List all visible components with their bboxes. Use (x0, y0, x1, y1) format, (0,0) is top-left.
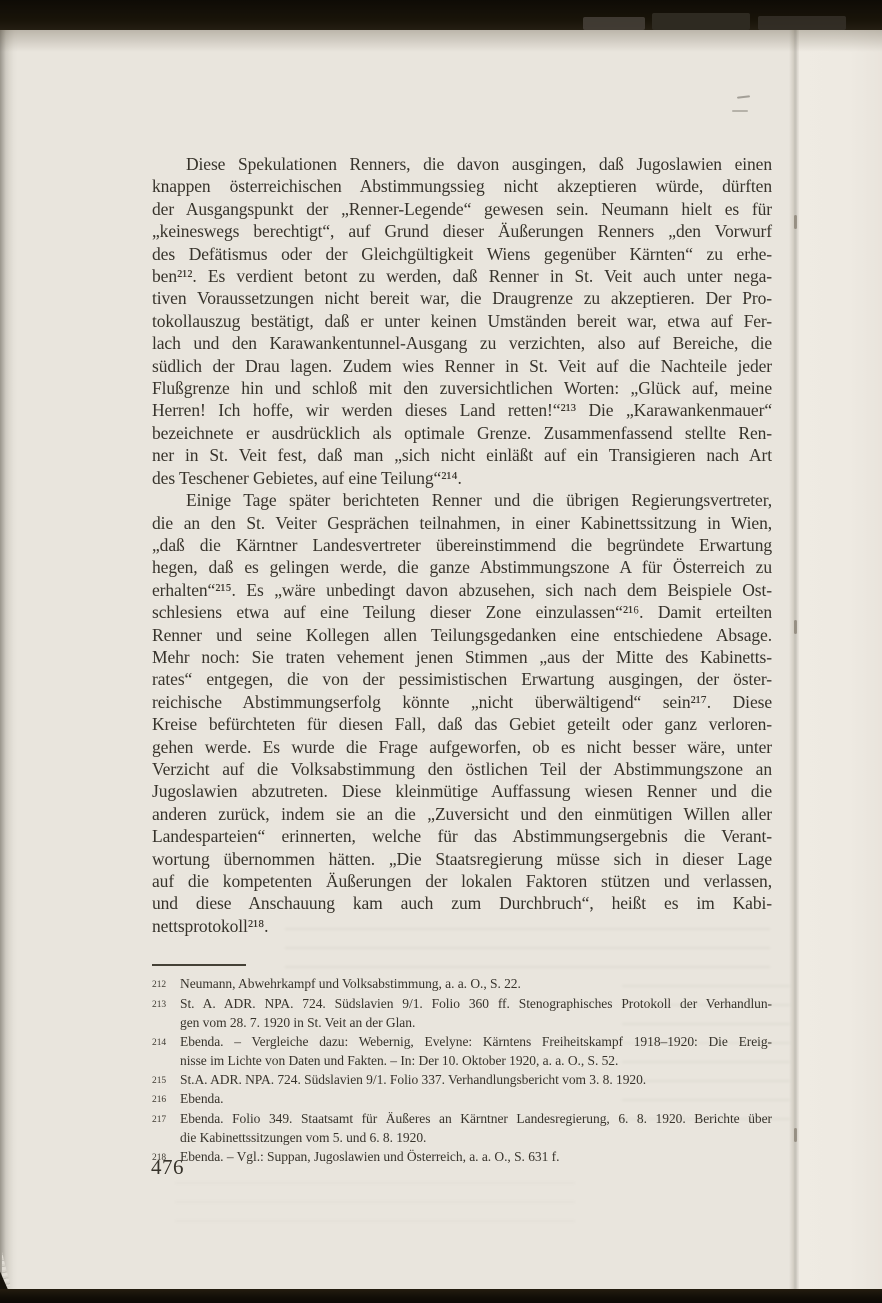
binding-stitch-mark (794, 215, 797, 229)
body-line: Einige Tage später berichteten Renner un… (152, 489, 772, 511)
body-line: des Defätismus oder der Gleichgültigkeit… (152, 243, 772, 265)
body-line: Verzicht auf die Volksabstimmung den öst… (152, 758, 772, 780)
scan-artifact (732, 110, 748, 112)
footnote-line: Ebenda. Folio 349. Staatsamt für Äußeres… (180, 1110, 772, 1129)
paragraph-1: Diese Spekulationen Renners, die davon a… (152, 153, 772, 489)
body-line: ben²¹². Es verdient betont zu werden, da… (152, 265, 772, 287)
body-line: knappen österreichischen Abstimmungssieg… (152, 175, 772, 197)
paragraph-2: Einige Tage später berichteten Renner un… (152, 489, 772, 937)
body-line: Renner und seine Kollegen allen Teilungs… (152, 624, 772, 646)
body-line: bezeichnete er ausdrücklich als optimale… (152, 422, 772, 444)
body-text: Diese Spekulationen Renners, die davon a… (152, 153, 772, 937)
body-line: nettsprotokoll²¹⁸. (152, 915, 772, 937)
body-line: hegen, daß es gelingen werde, die ganze … (152, 556, 772, 578)
footnote-216: 216 Ebenda. (152, 1090, 772, 1110)
footnote-214: 214 Ebenda. – Vergleiche dazu: Webernig,… (152, 1033, 772, 1071)
book-page-scan: Diese Spekulationen Renners, die davon a… (0, 0, 882, 1303)
scan-artifact (737, 95, 750, 98)
scan-top-border (0, 0, 882, 30)
footnote-text: Ebenda. (180, 1090, 772, 1109)
book-cover-edge (758, 16, 846, 30)
body-line: Mehr noch: Sie traten vehement jenen Sti… (152, 646, 772, 668)
body-line: des Teschener Gebietes, auf eine Teilung… (152, 467, 772, 489)
body-line: Diese Spekulationen Renners, die davon a… (152, 153, 772, 175)
body-line: der Ausgangspunkt der „Renner-Legende“ g… (152, 198, 772, 220)
footnote-number: 213 (152, 995, 180, 1015)
body-line: und diese Anschauung kam auch zum Durchb… (152, 892, 772, 914)
footnotes: 212 Neumann, Abwehrkampf und Volksabstim… (152, 975, 772, 1168)
page-top-shadow (0, 30, 882, 52)
footnote-212: 212 Neumann, Abwehrkampf und Volksabstim… (152, 975, 772, 995)
footnote-text: Ebenda. – Vergleiche dazu: Webernig, Eve… (180, 1033, 772, 1071)
footnote-line: Ebenda. (180, 1090, 772, 1109)
footnote-number: 214 (152, 1033, 180, 1053)
footnote-separator-rule (152, 964, 246, 966)
body-line: tokollauszug bestätigt, daß er unter kei… (152, 310, 772, 332)
body-line: die an den St. Veiter Gesprächen teilnah… (152, 512, 772, 534)
facing-page-edge (797, 30, 882, 1289)
footnote-number: 217 (152, 1110, 180, 1130)
footnote-218: 218 Ebenda. – Vgl.: Suppan, Jugoslawien … (152, 1148, 772, 1168)
footnote-text: St. A. ADR. NPA. 724. Südslavien 9/1. Fo… (180, 995, 772, 1033)
footnote-text: Ebenda. – Vgl.: Suppan, Jugoslawien und … (180, 1148, 772, 1167)
footnote-text: Neumann, Abwehrkampf und Volksabstimmung… (180, 975, 772, 994)
footnote-line: St.A. ADR. NPA. 724. Südslavien 9/1. Fol… (180, 1071, 772, 1090)
book-cover-edge (652, 13, 750, 30)
footnote-number: 215 (152, 1071, 180, 1091)
binding-stitch-mark (794, 620, 797, 634)
scan-bottom-border (0, 1289, 882, 1303)
footnote-217: 217 Ebenda. Folio 349. Staatsamt für Äuß… (152, 1110, 772, 1148)
page-left-edge-shadow (0, 28, 18, 1290)
body-line: reichische Abstimmungserfolg könnte „nic… (152, 691, 772, 713)
body-line: tiven Voraussetzungen nicht bereit war, … (152, 287, 772, 309)
body-line: Flußgrenze hin und schloß mit den zuvers… (152, 377, 772, 399)
body-line: schlesiens etwa auf eine Teilung dieser … (152, 601, 772, 623)
body-line: Jugoslawien abzutreten. Diese kleinmütig… (152, 780, 772, 802)
binding-stitch-mark (794, 1128, 797, 1142)
footnote-text: St.A. ADR. NPA. 724. Südslavien 9/1. Fol… (180, 1071, 772, 1090)
body-line: südlich der Drau lagen. Zudem wies Renne… (152, 355, 772, 377)
body-line: rates“ entgegen, die von der pessimistis… (152, 668, 772, 690)
body-line: „keineswegs berechtigt“, auf Grund diese… (152, 220, 772, 242)
body-line: lach und den Karawankentunnel-Ausgang zu… (152, 332, 772, 354)
footnote-line: St. A. ADR. NPA. 724. Südslavien 9/1. Fo… (180, 995, 772, 1014)
footnote-number: 216 (152, 1090, 180, 1110)
body-line: Kreise befürchteten für diesen Fall, daß… (152, 713, 772, 735)
footnote-line: Neumann, Abwehrkampf und Volksabstimmung… (180, 975, 772, 994)
footnote-number: 212 (152, 975, 180, 995)
body-line: gehen werde. Es wurde die Frage aufgewor… (152, 736, 772, 758)
body-line: anderen zurück, indem sie an die „Zuvers… (152, 803, 772, 825)
body-line: Landesparteien“ erinnerten, welche für d… (152, 825, 772, 847)
footnote-line: die Kabinettssitzungen vom 5. und 6. 8. … (180, 1129, 772, 1148)
footnote-line: gen vom 28. 7. 1920 in St. Veit an der G… (180, 1014, 772, 1033)
book-cover-edge (583, 17, 645, 30)
page-number: 476 (151, 1155, 184, 1180)
footnote-215: 215 St.A. ADR. NPA. 724. Südslavien 9/1.… (152, 1071, 772, 1091)
footnote-line: nisse im Lichte von Daten und Fakten. – … (180, 1052, 772, 1071)
bleed-through-text (175, 1182, 575, 1222)
footnote-213: 213 St. A. ADR. NPA. 724. Südslavien 9/1… (152, 995, 772, 1033)
footnote-text: Ebenda. Folio 349. Staatsamt für Äußeres… (180, 1110, 772, 1148)
body-line: „daß die Kärntner Landesvertreter überei… (152, 534, 772, 556)
body-line: ner in St. Veit fest, daß man „sich nich… (152, 444, 772, 466)
body-line: Herren! Ich hoffe, wir werden dieses Lan… (152, 399, 772, 421)
footnote-line: Ebenda. – Vgl.: Suppan, Jugoslawien und … (180, 1148, 772, 1167)
body-line: auf die kompetenten Äußerungen der lokal… (152, 870, 772, 892)
body-line: erhalten“²¹⁵. Es „wäre unbedingt davon a… (152, 579, 772, 601)
body-line: wortung übernommen hätten. „Die Staatsre… (152, 848, 772, 870)
footnote-line: Ebenda. – Vergleiche dazu: Webernig, Eve… (180, 1033, 772, 1052)
